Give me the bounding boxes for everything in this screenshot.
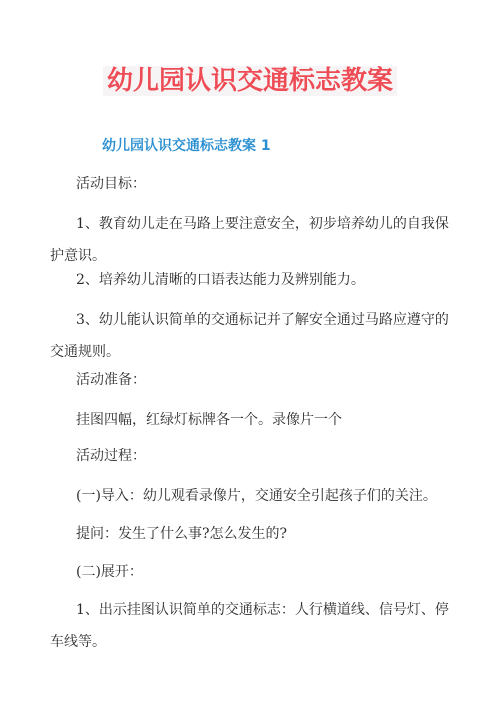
question-paragraph: 提问：发生了什么事?怎么发生的? xyxy=(76,518,426,550)
goal-item-3: 3、幼儿能认识简单的交通标记并了解安全通过马路应遵守的交通规则。 xyxy=(50,304,450,368)
intro-paragraph: (一)导入：幼儿观看录像片，交通安全引起孩子们的关注。 xyxy=(76,480,476,512)
goal-item-2: 2、培养幼儿清晰的口语表达能力及辨别能力。 xyxy=(50,264,450,296)
goal-item-1: 1、教育幼儿走在马路上要注意安全，初步培养幼儿的自我保护意识。 xyxy=(50,208,450,272)
section-subtitle: 幼儿园认识交通标志教案 1 xyxy=(102,136,271,156)
goal-heading: 活动目标： xyxy=(76,168,426,200)
prep-heading: 活动准备： xyxy=(76,364,426,396)
document-title: 幼儿园认识交通标志教案 xyxy=(0,64,500,98)
expand-heading: (二)展开： xyxy=(76,556,426,588)
document-page: 幼儿园认识交通标志教案 幼儿园认识交通标志教案 1 活动目标： 1、教育幼儿走在… xyxy=(0,0,500,708)
process-heading: 活动过程： xyxy=(76,440,426,472)
prep-content: 挂图四幅，红绿灯标牌各一个。录像片一个 xyxy=(76,404,426,436)
expand-item-1: 1、出示挂图认识简单的交通标志：人行横道线、信号灯、停车线等。 xyxy=(50,594,450,658)
document-title-text: 幼儿园认识交通标志教案 xyxy=(103,66,397,96)
